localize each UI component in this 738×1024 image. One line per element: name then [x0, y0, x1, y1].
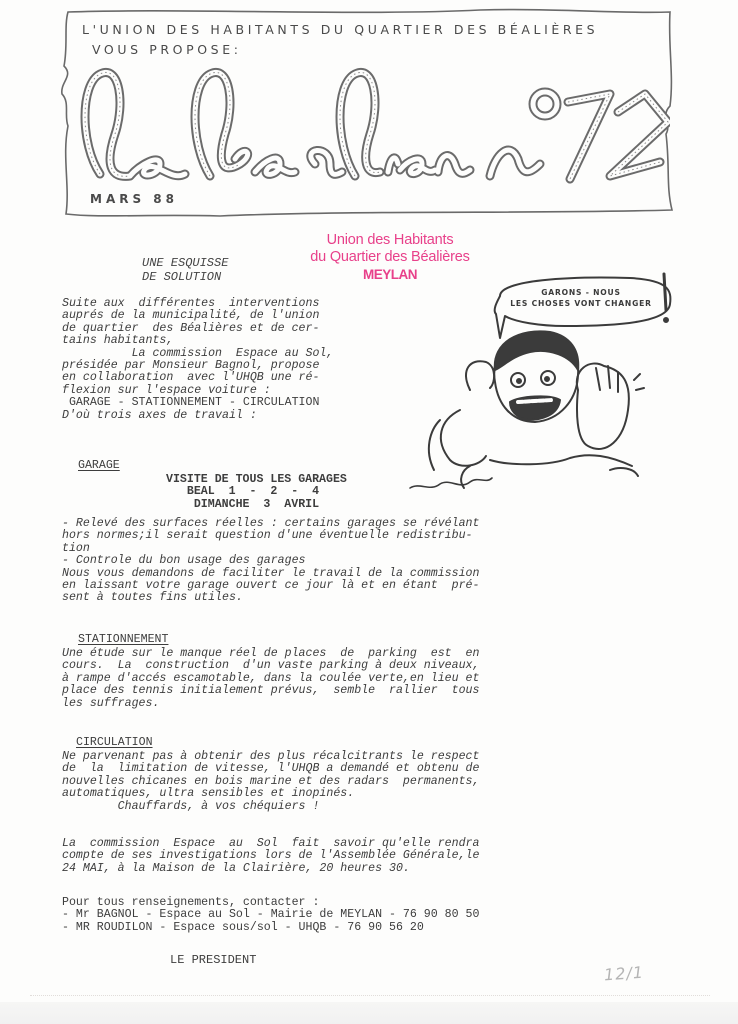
scanned-page: L'UNION DES HABITANTS DU QUARTIER DES BÉ…: [0, 0, 738, 1024]
masthead-intro-line1: L'UNION DES HABITANTS DU QUARTIER DES BÉ…: [82, 22, 598, 37]
signature: LE PRESIDENT: [170, 954, 256, 966]
rope-lettering-logo-icon: [70, 64, 670, 194]
axes-intro: D'où trois axes de travail :: [62, 409, 257, 422]
circulation-text: Ne parvenant pas à obtenir des plus réca…: [62, 751, 479, 813]
masthead-intro-line2: VOUS PROPOSE:: [82, 40, 682, 60]
axes-line: GARAGE - STATIONNEMENT - CIRCULATION: [62, 396, 319, 409]
stamp-line1: Union des Habitants: [300, 232, 480, 249]
masthead: L'UNION DES HABITANTS DU QUARTIER DES BÉ…: [60, 6, 678, 218]
speech-line1: GARONS - NOUS: [495, 287, 667, 298]
contact-item: - MR ROUDILON - Espace sous/sol - UHQB -…: [62, 921, 424, 934]
masthead-intro: L'UNION DES HABITANTS DU QUARTIER DES BÉ…: [82, 20, 682, 60]
intro-block: Suite aux différentes interventions aupr…: [62, 298, 333, 422]
contact-intro: Pour tous renseignements, contacter :: [62, 896, 319, 909]
issue-date: MARS 88: [90, 192, 178, 206]
speech-line2: LES CHOSES VONT CHANGER: [495, 298, 667, 309]
contact-item: - Mr BAGNOL - Espace au Sol - Mairie de …: [62, 908, 479, 921]
contact-name: - MR ROUDILON: [62, 921, 152, 934]
speech-bubble: GARONS - NOUS LES CHOSES VONT CHANGER: [495, 287, 667, 309]
assembly-announcement: La commission Espace au Sol fait savoir …: [62, 838, 479, 875]
stationnement-text: Une étude sur le manque réel de places d…: [62, 648, 479, 710]
garage-visit-announcement: VISITE DE TOUS LES GARAGES BEAL 1 - 2 - …: [166, 474, 347, 511]
intro-text: Suite aux différentes interventions aupr…: [62, 297, 333, 397]
section-heading-circulation: CIRCULATION: [76, 737, 153, 749]
contact-name: - Mr BAGNOL: [62, 908, 139, 921]
scan-artifact-line: [30, 995, 710, 997]
contact-block: Pour tous renseignements, contacter : - …: [62, 897, 479, 934]
article-subtitle: UNE ESQUISSE DE SOLUTION: [142, 256, 228, 284]
contact-detail: - Espace sous/sol - UHQB - 76 90 56 20: [152, 921, 423, 934]
section-heading-garage: GARAGE: [78, 460, 120, 472]
garage-text: - Relevé des surfaces réelles : certains…: [62, 518, 479, 605]
page-edge-shadow: [0, 1002, 738, 1024]
handwritten-page-reference: 12/1: [603, 963, 644, 985]
contact-detail: - Espace au Sol - Mairie de MEYLAN - 76 …: [139, 908, 480, 921]
stamp-line2: du Quartier des Béalières: [300, 249, 480, 266]
section-heading-stationnement: STATIONNEMENT: [78, 634, 168, 646]
